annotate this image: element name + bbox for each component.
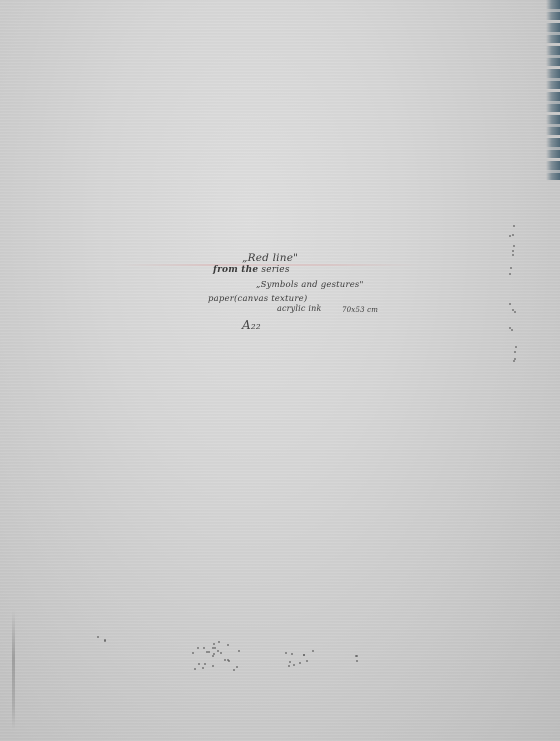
artist-signature: A₂₂ [242, 318, 261, 332]
speck [204, 663, 206, 665]
speck [512, 250, 514, 252]
speck [233, 669, 235, 671]
speck [289, 661, 291, 663]
speck [512, 234, 514, 236]
speck [509, 273, 511, 275]
speck [288, 665, 290, 667]
speck [515, 346, 517, 348]
speck [97, 636, 99, 638]
speck [513, 360, 515, 362]
speck [510, 267, 512, 269]
speck [509, 235, 511, 237]
speck [514, 351, 516, 353]
speck [224, 659, 226, 661]
speck [509, 303, 511, 305]
speck [197, 647, 199, 649]
speck [202, 667, 204, 669]
speck [312, 650, 314, 652]
speck [104, 640, 106, 642]
speck [214, 647, 216, 649]
speck [509, 327, 511, 329]
blue-paint-edge [546, 0, 560, 180]
speck [212, 665, 214, 667]
from-label: from the [213, 265, 258, 275]
speck [213, 653, 215, 655]
speck [303, 654, 305, 656]
speck [194, 668, 196, 670]
speck [238, 650, 240, 652]
speck [206, 651, 208, 653]
speck [511, 329, 513, 331]
speck [227, 644, 229, 646]
speck [192, 652, 194, 654]
speck [198, 663, 200, 665]
speck [513, 245, 515, 247]
size-text: 70x53 cm [342, 306, 378, 314]
from-the-series-line: from the series [213, 265, 290, 275]
speck [306, 660, 308, 662]
speck [212, 655, 214, 657]
left-edge-streak [12, 610, 15, 730]
speck [512, 254, 514, 256]
speck [217, 650, 219, 652]
speck [285, 652, 287, 654]
speck [203, 647, 205, 649]
paper-back: „Red line" from the series „Symbols and … [0, 0, 560, 741]
speck [291, 653, 293, 655]
series-label: series [261, 265, 289, 275]
speck [236, 666, 238, 668]
speck [299, 662, 301, 664]
series-name: „Symbols and gestures" [256, 280, 364, 290]
speck [513, 225, 515, 227]
material-text: paper(canvas texture) [208, 294, 307, 304]
speck [213, 643, 215, 645]
speck [514, 311, 516, 313]
medium-text: acrylic ink [277, 304, 322, 313]
speck [220, 652, 222, 654]
speck [218, 641, 220, 643]
speck [356, 660, 358, 662]
speck [293, 664, 295, 666]
artwork-title: „Red line" [242, 252, 298, 264]
